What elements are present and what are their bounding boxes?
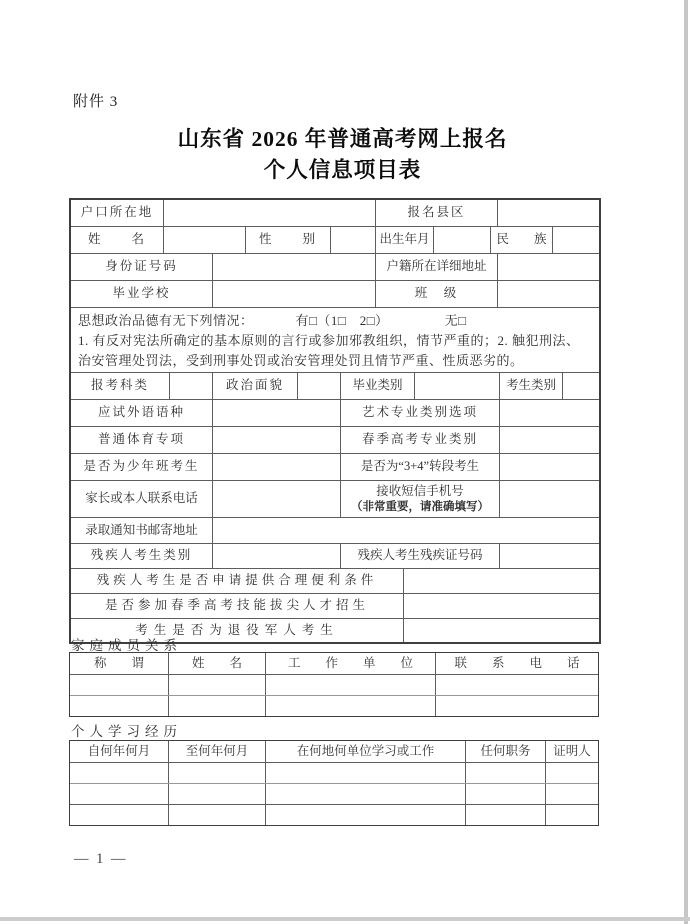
page-edge-shadow-right [684,0,688,924]
ideology-yes-checkboxes: 有□（1□ 2□） [296,313,389,328]
table-row: 户口所在地 报名县区 [71,200,599,226]
spring-talent-value [403,594,599,618]
grad-school-label: 毕业学校 [71,281,212,307]
id-number-value [212,254,375,280]
veteran-value [403,619,599,642]
name-value [163,227,245,253]
foreign-language-label: 应试外语语种 [71,400,212,426]
ideology-row: 思想政治品德有无下列情况：有□（1□ 2□）无□ 1. 有反对宪法所确定的基本原… [71,307,599,372]
class-value [497,281,599,307]
ideology-cell: 思想政治品德有无下列情况：有□（1□ 2□）无□ 1. 有反对宪法所确定的基本原… [71,308,599,372]
family-cell [168,696,265,716]
name-label: 姓 名 [71,227,163,253]
study-cell [168,763,265,783]
study-cell [545,763,598,783]
table-row: 姓 名 性 别 出生年月 民 族 [71,226,599,253]
page-edge-shadow-bottom [0,917,690,921]
table-row: 录取通知书邮寄地址 [71,517,599,543]
gender-value [330,227,375,253]
birth-date-label: 出生年月 [375,227,433,253]
family-cell [265,696,435,716]
art-major-value [499,400,599,426]
study-header-position: 任何职务 [465,741,545,762]
family-cell [435,675,598,695]
study-cell [465,763,545,783]
family-cell [168,675,265,695]
study-header-row: 自何年何月 至何年何月 在何地何单位学习或工作 任何职务 证明人 [70,741,598,762]
family-header-row: 称 谓 姓 名 工 作 单 位 联 系 电 话 [70,653,598,674]
ideology-options-line: 思想政治品德有无下列情况：有□（1□ 2□）无□ [78,311,592,331]
study-cell [545,784,598,804]
grad-school-value [212,281,375,307]
mail-address-value [212,518,599,543]
exam-category-label: 报考科类 [71,373,169,399]
contact-phone-value [212,481,340,517]
disabled-type-label: 残疾人考生类别 [71,544,212,568]
table-row: 残疾人考生是否申请提供合理便利条件 [71,568,599,593]
family-empty-row [70,674,598,695]
foreign-language-value [212,400,340,426]
disabled-cert-label: 残疾人考生残疾证号码 [340,544,499,568]
study-section-heading: 个人学习经历 [71,720,182,740]
hukou-location-label: 户口所在地 [71,200,163,226]
disabled-cert-value [499,544,599,568]
grad-type-label: 毕业类别 [340,373,414,399]
sports-specialty-label: 普通体育专项 [71,427,212,453]
family-header-relation: 称 谓 [70,653,168,674]
spring-talent-label: 是否参加春季高考技能拔尖人才招生 [71,594,403,618]
mail-address-label: 录取通知书邮寄地址 [71,518,212,543]
political-status-label: 政治面貌 [212,373,297,399]
candidate-type-value [562,373,599,399]
class-label: 班 级 [375,281,497,307]
study-cell [168,784,265,804]
contact-phone-label: 家长或本人联系电话 [71,481,212,517]
reg-county-value [497,200,599,226]
family-members-table: 称 谓 姓 名 工 作 单 位 联 系 电 话 [69,652,599,717]
study-header-place: 在何地何单位学习或工作 [265,741,465,762]
hukou-location-value [163,200,375,226]
table-row: 身份证号码 户籍所在详细地址 [71,253,599,280]
study-cell [265,763,465,783]
ethnicity-label: 民 族 [490,227,552,253]
youth-class-label: 是否为少年班考生 [71,454,212,480]
form-title-line2: 个人信息项目表 [70,155,615,186]
study-cell [70,763,168,783]
family-header-name: 姓 名 [168,653,265,674]
table-row: 是否为少年班考生 是否为“3+4”转段考生 [71,453,599,480]
personal-info-table: 户口所在地 报名县区 姓 名 性 别 出生年月 民 族 身份证号码 户籍所在详细… [69,198,601,644]
reg-county-label: 报名县区 [375,200,497,226]
attachment-label: 附件 3 [73,90,118,111]
exam-category-value [169,373,212,399]
sms-phone-value [499,481,599,517]
family-empty-row [70,695,598,716]
grad-type-value [414,373,499,399]
spring-major-value [499,427,599,453]
ideology-note: 1. 有反对宪法所确定的基本原则的言行或参加邪教组织，情节严重的；2. 触犯刑法… [78,331,592,371]
table-row: 报考科类 政治面貌 毕业类别 考生类别 [71,372,599,399]
table-row: 是否参加春季高考技能拔尖人才招生 [71,593,599,618]
study-cell [265,805,465,825]
birth-date-value [433,227,490,253]
id-number-label: 身份证号码 [71,254,212,280]
disabled-facility-label: 残疾人考生是否申请提供合理便利条件 [71,569,403,593]
art-major-label: 艺术专业类别选项 [340,400,499,426]
study-history-table: 自何年何月 至何年何月 在何地何单位学习或工作 任何职务 证明人 [69,740,599,826]
study-empty-row [70,804,598,825]
study-cell [465,805,545,825]
gender-label: 性 别 [245,227,330,253]
family-cell [265,675,435,695]
study-cell [465,784,545,804]
family-cell [70,675,168,695]
sms-phone-label: 接收短信手机号 （非常重要，请准确填写） [340,481,499,517]
hukou-address-label: 户籍所在详细地址 [375,254,497,280]
disabled-type-value [212,544,340,568]
study-header-witness: 证明人 [545,741,598,762]
page-number: — 1 — [74,851,128,868]
table-row: 残疾人考生类别 残疾人考生残疾证号码 [71,543,599,568]
scanned-form-page: 附件 3 山东省 2026 年普通高考网上报名 个人信息项目表 户口所在地 报名… [0,0,690,924]
table-row: 家长或本人联系电话 接收短信手机号 （非常重要，请准确填写） [71,480,599,517]
disabled-facility-value [403,569,599,593]
political-status-value [297,373,340,399]
study-cell [168,805,265,825]
family-header-workplace: 工 作 单 位 [265,653,435,674]
study-cell [545,805,598,825]
youth-class-value [212,454,340,480]
table-row: 普通体育专项 春季高考专业类别 [71,426,599,453]
form-title: 山东省 2026 年普通高考网上报名 个人信息项目表 [70,124,615,186]
study-cell [70,784,168,804]
family-section-heading: 家庭成员关系 [71,634,182,654]
hukou-address-value [497,254,599,280]
sports-specialty-value [212,427,340,453]
family-header-phone: 联 系 电 话 [435,653,598,674]
candidate-type-label: 考生类别 [499,373,562,399]
sms-phone-label-line2: （非常重要，请准确填写） [351,500,489,514]
family-cell [435,696,598,716]
ideology-no-checkbox: 无□ [445,313,467,328]
transfer-3plus4-value [499,454,599,480]
form-title-line1: 山东省 2026 年普通高考网上报名 [70,124,615,155]
study-cell [265,784,465,804]
spring-major-label: 春季高考专业类别 [340,427,499,453]
table-row: 应试外语语种 艺术专业类别选项 [71,399,599,426]
ideology-prompt: 思想政治品德有无下列情况： [78,313,254,328]
ethnicity-value [552,227,599,253]
sms-phone-label-line1: 接收短信手机号 [376,484,464,500]
study-header-from: 自何年何月 [70,741,168,762]
study-empty-row [70,762,598,783]
transfer-3plus4-label: 是否为“3+4”转段考生 [340,454,499,480]
family-cell [70,696,168,716]
study-cell [70,805,168,825]
study-header-to: 至何年何月 [168,741,265,762]
study-empty-row [70,783,598,804]
table-row: 毕业学校 班 级 [71,280,599,307]
